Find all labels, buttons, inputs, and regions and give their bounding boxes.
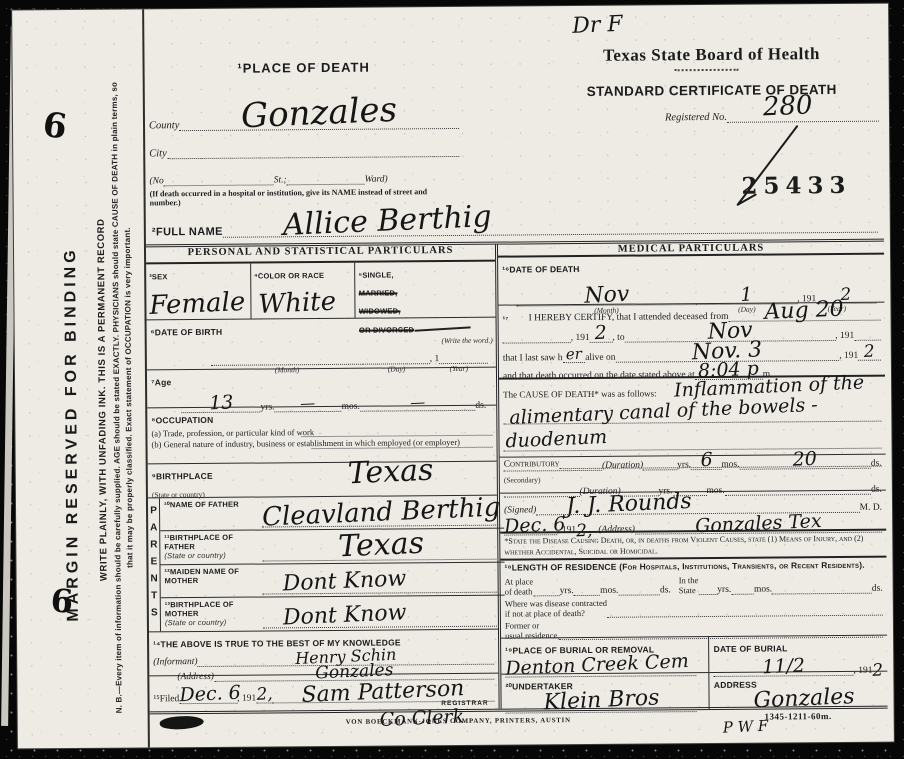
father-birthplace-row: ¹¹BIRTHPLACE OF FATHER(State or country)… (160, 529, 505, 565)
certify-from-handwritten: Aug 20 (765, 304, 845, 318)
residence-state-yrs-label: yrs. (717, 584, 731, 594)
res-rule1 (533, 593, 559, 596)
pencil-mark-six-bottom: 6 (50, 581, 75, 620)
registrar-signature-handwritten: Sam Patterson (302, 683, 465, 701)
disease-note-row: *State the Disease Causing Death, or, in… (500, 531, 886, 561)
sex-cell: ³SEX Female (146, 263, 251, 319)
contracted-label2: if not at place of death? (505, 608, 585, 619)
residence-label: ¹⁸LENGTH OF RESIDENCE (For Hospitals, In… (504, 559, 882, 573)
cause-block: The CAUSE OF DEATH* was as follows: Infl… (499, 377, 886, 458)
full-name-rule: Allice Berthig (223, 210, 878, 238)
cause-line3-row: duodenum (503, 430, 881, 452)
contracted-line: Where was disease contractedif not at pl… (505, 595, 883, 618)
certify-l2-rule2 (854, 338, 880, 341)
certify-line3-alive: alive on (585, 353, 615, 363)
street-st-label: St.; (274, 175, 287, 185)
county-row: County Gonzales (149, 104, 459, 131)
burial-row: ¹⁹PLACE OF BURIAL OR REMOVAL Denton Cree… (501, 635, 887, 674)
disease-note: *State the Disease Causing Death, or, in… (504, 534, 863, 557)
filed-label: ¹⁵Filed (153, 694, 179, 704)
certify-line3: that I last saw h er alive on Nov. 3 , 1… (503, 345, 881, 364)
signed-address-handwritten: Gonzales Tex (695, 517, 822, 532)
age-label: ⁷Age (151, 377, 171, 387)
contributory-line: Contributory (504, 457, 882, 470)
residence-inthe-label: In theState (671, 575, 699, 595)
cause-line3-rule: duodenum (503, 430, 881, 452)
marital-single-label: ⁵SINGLE, (359, 270, 394, 279)
filed-date-handwritten: Dec. 6 (179, 689, 241, 701)
certify-line3-prefix: that I last saw h (503, 353, 563, 363)
residence-atplace-label: At placeof death (505, 576, 534, 596)
medical-column: MEDICAL PARTICULARS ¹⁶DATE OF DEATH Nov … (498, 242, 888, 709)
filed-year-rule: 2, (256, 690, 272, 703)
undertaker-handwritten: Klein Bros (543, 692, 659, 708)
certify-her-handwritten: er (566, 351, 582, 359)
contributory-row: Contributory (Secondary) (Duration) yrs.… (500, 455, 886, 494)
residence-state-label: State (679, 585, 696, 595)
contributory-label: Contributory (504, 459, 560, 469)
binding-write-plainly-note: WRITE PLAINLY, WITH UNFADING INK. THIS I… (95, 90, 111, 710)
city-label: City (149, 148, 167, 159)
city-row: City (149, 146, 459, 159)
md-label: M. D. (860, 503, 883, 513)
binding-margin: MARGIN RESERVED FOR BINDING WRITE PLAINL… (12, 9, 146, 748)
burial-date-cell: DATE OF BURIAL 11/2 , 191 2 (709, 635, 887, 671)
signed-date-handwritten: Dec. 6 (504, 520, 566, 532)
scan-background: MARGIN RESERVED FOR BINDING WRITE PLAINL… (0, 0, 904, 759)
residence-state-ds-label: ds. (872, 583, 883, 593)
residence-mos-label: mos. (600, 585, 618, 595)
mother-name-handwritten: Dont Know (282, 574, 406, 590)
informant-label: (Informant) (153, 657, 197, 667)
certify-line2-suffix: , 191 (835, 331, 854, 341)
father-birthplace-rule: Texas (262, 537, 501, 562)
residence-block: ¹⁸LENGTH OF RESIDENCE (For Hospitals, In… (500, 557, 887, 638)
contracted-label: Where was disease contractedif not at pl… (505, 597, 607, 618)
cause-label-line: The CAUSE OF DEATH* was as follows: Infl… (503, 379, 881, 400)
mother-name-row: ¹²MAIDEN NAME OF MOTHER Dont Know (160, 563, 505, 599)
board-rule (675, 69, 739, 72)
certificate: Dr F ¹PLACE OF DEATH County Gonzales Cit… (142, 4, 888, 748)
res-rule4 (698, 592, 717, 595)
occupation-b-rule (312, 445, 493, 449)
death-day-handwritten: 1 (741, 290, 753, 300)
certify-her-rule: er (562, 351, 585, 363)
father-birthplace-sublabel: (State or country) (164, 551, 226, 560)
county-label: County (149, 120, 179, 131)
occupation-a-label: (a) Trade, profession, or particular kin… (151, 428, 301, 439)
burial-place-handwritten: Denton Creek Cem (505, 657, 689, 674)
color-value-handwritten: White (258, 295, 336, 311)
place-of-death-title: ¹PLACE OF DEATH (149, 59, 459, 76)
undertaker-address-cell: ADDRESS Gonzales (710, 671, 888, 708)
certify-from-year-handwritten: 2 (595, 329, 607, 339)
registered-label: Registered No. (665, 112, 727, 123)
occupation-label: ⁸OCCUPATION (151, 414, 213, 424)
certificate-header: Dr F ¹PLACE OF DEATH County Gonzales Cit… (144, 4, 884, 245)
cause-line2-rule: alimentary canal of the bowels - (503, 403, 881, 425)
father-birthplace-label: ¹¹BIRTHPLACE OF FATHER(State or country) (164, 533, 262, 561)
res-rule5 (731, 591, 754, 594)
color-label: ⁴COLOR OR RACE (254, 271, 324, 281)
certificate-title: STANDARD CERTIFICATE OF DEATH (475, 82, 879, 100)
res-rule3 (618, 592, 660, 595)
sex-value-handwritten: Female (149, 296, 245, 313)
birth-date-row: ⁶DATE OF BIRTH , 1 (Month) (Day) (Year) (147, 317, 496, 370)
binding-margin-title: MARGIN RESERVED FOR BINDING (61, 154, 83, 714)
physician-signature-handwritten: J. J. Rounds (566, 496, 692, 512)
certify-to-handwritten: Nov (707, 325, 752, 338)
marital-married-label: MARRIED, (359, 288, 398, 297)
residence-yrs-label: yrs. (560, 586, 574, 596)
parents-block: PARENTS ¹⁰NAME OF FATHER Cleavland Berth… (148, 496, 498, 633)
sex-label: ³SEX (149, 272, 167, 281)
cause-line2-handwritten: alimentary canal of the bowels - (509, 401, 818, 424)
undertaker-cell: ²⁰UNDERTAKER Klein Bros (501, 673, 710, 711)
cause-line2-row: alimentary canal of the bowels - (503, 403, 881, 425)
birth-year-prefix: , 1 (430, 354, 440, 364)
certify-l2-rule1 (503, 340, 571, 344)
printer-imprint: VON BOECKMANN-JONES COMPANY, PRINTERS, A… (346, 717, 571, 726)
father-name-handwritten: Cleavland Berthig (262, 502, 501, 525)
color-cell: ⁴COLOR OR RACE White (251, 262, 356, 318)
filed-year-handwritten: 2, (256, 690, 273, 699)
father-birthplace-handwritten: Texas (338, 536, 424, 555)
father-name-rule: Cleavland Berthig (262, 506, 500, 528)
certificate-number: 25433 (741, 172, 851, 200)
registered-number-handwritten: 280 (763, 99, 813, 114)
form-number: 1345-1211-60m. (764, 711, 831, 722)
burial-place-cell: ¹⁹PLACE OF BURIAL OR REMOVAL Denton Cree… (501, 637, 710, 674)
death-month-handwritten: Nov (584, 289, 629, 302)
marital-widowed-label: WIDOWED, (359, 307, 401, 316)
particulars-table: PERSONAL AND STATISTICAL PARTICULARS ³SE… (146, 239, 888, 715)
parents-rows: ¹⁰NAME OF FATHER Cleavland Berthig ¹¹BIR… (160, 496, 505, 632)
certify-block: ¹⁷ I HEREBY CERTIFY, that I attended dec… (498, 303, 885, 380)
parents-vertical-label: PARENTS (148, 498, 161, 631)
father-name-label: ¹⁰NAME OF FATHER (164, 499, 262, 509)
county-value-handwritten: Gonzales (241, 102, 398, 126)
mother-name-rule: Dont Know (263, 574, 501, 595)
birthplace-label: ⁹BIRTHPLACE (152, 471, 213, 481)
burial-date-label: DATE OF BURIAL (714, 643, 788, 654)
signed-row: (Signed) J. J. Rounds M. D. Dec. 6 , 191… (500, 491, 886, 534)
marital-cell: ⁵SINGLE, MARRIED, WIDOWED, OR DIVORCED (… (355, 261, 495, 317)
street-ward-label: Ward) (365, 175, 388, 185)
mother-birthplace-handwritten: Dont Know (283, 607, 407, 623)
personal-column: PERSONAL AND STATISTICAL PARTICULARS ³SE… (146, 245, 502, 712)
occupation-b-line: (b) General nature of industry, business… (151, 438, 492, 450)
contributory-sublabel: (Secondary) (504, 475, 541, 484)
filed-date-rule: Dec. 6 (179, 690, 237, 704)
street-row: (No St.; Ward) (149, 174, 459, 186)
residence-ofdeath-label: of death (505, 586, 533, 596)
mother-birthplace-row: ¹³BIRTHPLACE OF MOTHER(State or country)… (161, 596, 506, 631)
birthplace-row: ⁹BIRTHPLACE (State or country) Texas (148, 462, 497, 499)
certify-lastseenyear-rule: 2 (858, 348, 881, 361)
undertaker-address-label: ADDRESS (714, 679, 757, 689)
mother-birthplace-label: ¹³BIRTHPLACE OF MOTHER(State or country) (165, 600, 263, 628)
ink-blot (159, 714, 204, 730)
document-page: MARGIN RESERVED FOR BINDING WRITE PLAINL… (12, 4, 894, 749)
burial-date-handwritten: 11/2 (762, 661, 805, 672)
certify-line1-text: I HEREBY CERTIFY, that I attended deceas… (509, 312, 729, 324)
death-date-label: ¹⁶DATE OF DEATH (502, 264, 580, 275)
street-no-label: (No (149, 176, 163, 186)
street-st-rule (287, 182, 365, 186)
residence-state-mos-label: mos. (754, 584, 772, 594)
cause-label: The CAUSE OF DEATH* was as follows: (503, 388, 657, 399)
occupation-b-label: (b) General nature of industry, business… (151, 439, 311, 450)
birth-date-label: ⁶DATE OF BIRTH (151, 326, 223, 337)
certify-lastseen-handwritten: Nov. 3 (692, 344, 763, 358)
mother-birthplace-rule: Dont Know (263, 608, 501, 629)
occupation-row: ⁸OCCUPATION (a) Trade, profession, or pa… (147, 405, 496, 464)
header-right: Texas State Board of Health STANDARD CER… (474, 44, 879, 125)
full-name-row: ²FULL NAME Allice Berthig (152, 210, 878, 239)
certify-fromyear-rule: 2 (590, 329, 613, 343)
full-name-label: ²FULL NAME (152, 226, 223, 239)
certify-lastseen-year-handwritten: 2 (864, 348, 875, 357)
certify-line2-to: , to (612, 333, 624, 343)
top-annotation-script: Dr F (572, 19, 623, 32)
mother-birthplace-sublabel: (State or country) (165, 618, 227, 627)
full-name-handwritten: Allice Berthig (283, 209, 492, 233)
county-rule: Gonzales (179, 104, 459, 131)
certify-line2-prefix: , 191 (571, 333, 590, 343)
contributory-rule (560, 464, 882, 470)
age-row: ⁷Age 13 yrs. — mos. — ds. (147, 367, 496, 408)
residence-ds-label: ds. (660, 585, 671, 595)
cause-line3-handwritten: duodenum (505, 433, 607, 447)
res-rule6 (772, 590, 872, 594)
binding-nb-note: N. B.—Every item of information should b… (109, 74, 137, 722)
attestation-row: ¹⁴THE ABOVE IS TRUE TO THE BEST OF MY KN… (149, 630, 498, 677)
res-rule2 (574, 592, 600, 595)
certificate-footer: Co Clerk VON BOECKMANN-JONES COMPANY, PR… (150, 709, 888, 748)
certify-line3-suffix: , 191 (839, 351, 858, 361)
certify-line1: ¹⁷ I HEREBY CERTIFY, that I attended dec… (502, 305, 880, 324)
board-name: Texas State Board of Health (474, 44, 878, 67)
residence-line: At placeof death yrs. mos. ds. In theSta… (505, 573, 883, 596)
birthplace-value-handwritten: Texas (347, 463, 433, 482)
undertaker-extra-scribble: P W F (722, 723, 768, 732)
undertaker-address-handwritten: Gonzales (754, 691, 855, 706)
mother-name-label: ¹²MAIDEN NAME OF MOTHER (164, 566, 262, 585)
father-name-row: ¹⁰NAME OF FATHER Cleavland Berthig (160, 496, 505, 532)
undertaker-row: ²⁰UNDERTAKER Klein Bros ADDRESS Gonzales (501, 671, 887, 710)
registered-row: Registered No. (475, 111, 879, 125)
street-no-rule (164, 182, 274, 186)
header-left: ¹PLACE OF DEATH County Gonzales City (No… (149, 59, 460, 207)
cause-line1-handwritten: Inflammation of the (674, 378, 864, 396)
sex-color-marital-row: ³SEX Female ⁴COLOR OR RACE White ⁵SINGLE… (146, 261, 495, 320)
city-rule (167, 154, 460, 159)
certify-time-handwritten: 8:04 p (698, 365, 759, 377)
